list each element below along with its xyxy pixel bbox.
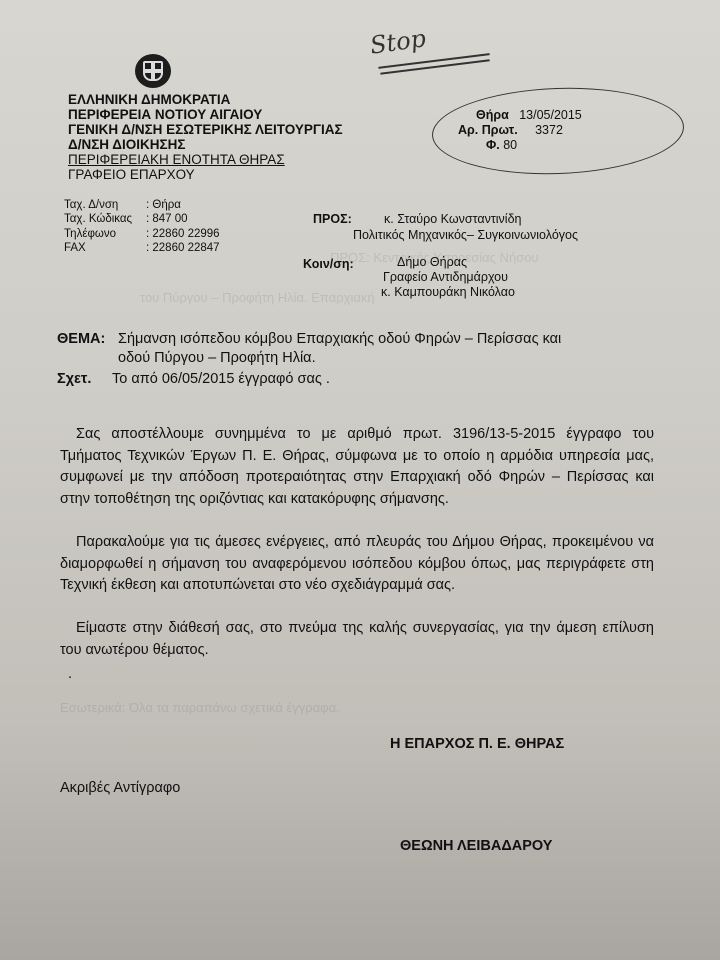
signatory-name: ΘΕΩΝΗ ΛΕΙΒΑΔΑΡΟΥ [400, 838, 552, 854]
handwritten-stop-note: Stop [368, 24, 427, 60]
contact-value: : Θήρα [146, 199, 181, 212]
cc-line: Δήμο Θήρας [397, 255, 467, 270]
cc-line: κ. Καμπουράκη Νικόλαο [381, 285, 515, 300]
cc-line: Γραφείο Αντιδημάρχου [383, 270, 508, 285]
handwritten-underline [380, 59, 489, 74]
contact-value: : 22860 22996 [146, 228, 220, 241]
recipient-title: Πολιτικός Μηχανικός– Συγκοινωνιολόγος [353, 228, 578, 243]
header-line-regional-unit: ΠΕΡΙΦΕΡΕΙΑΚΗ ΕΝΟΤΗΤΑ ΘΗΡΑΣ [68, 152, 285, 168]
greek-coat-of-arms-icon [135, 54, 171, 88]
header-line-directorate: ΓΕΝΙΚΗ Δ/ΝΣΗ ΕΣΩΤΕΡΙΚΗΣ ΛΕΙΤΟΥΡΓΙΑΣ [68, 122, 343, 138]
recipient-label: ΠΡΟΣ: [313, 212, 352, 227]
subject-line: οδού Πύργου – Προφήτη Ηλία. [118, 350, 316, 366]
contact-value: : 847 00 [146, 213, 188, 226]
body-paragraph-3: Είμαστε στην διάθεσή σας, στο πνεύμα της… [60, 618, 654, 661]
document-page: ΠΡΟΣ: Κεντρικής Υπηρεσίας Νήσου του Πύργ… [0, 0, 720, 960]
related-label: Σχετ. [57, 371, 91, 387]
body-paragraph-2: Παρακαλούμε για τις άμεσες ενέργειες, απ… [60, 532, 654, 597]
subject-line: Σήμανση ισόπεδου κόμβου Επαρχιακής οδού … [118, 331, 561, 347]
cc-label: Κοιν/ση: [303, 257, 354, 272]
reference-file: Φ. 80 [486, 138, 517, 153]
contact-label: Ταχ. Δ/νση [64, 199, 118, 212]
stray-dot: . [68, 664, 72, 686]
bleed-through-text: Εσωτερικά: Όλα τα παραπάνω σχετικά έγγρα… [60, 700, 340, 715]
header-line-administration: Δ/ΝΣΗ ΔΙΟΙΚΗΣΗΣ [68, 137, 185, 153]
contact-label: Ταχ. Κώδικας [64, 213, 132, 226]
header-line-office: ΓΡΑΦΕΙΟ ΕΠΑΡΧΟΥ [68, 167, 195, 183]
subject-label: ΘΕΜΑ: [57, 331, 105, 347]
recipient-name: κ. Σταύρο Κωνσταντινίδη [384, 212, 521, 227]
contact-label: FAX [64, 242, 86, 255]
body-paragraph-1: Σας αποστέλλουμε συνημμένα το με αριθμό … [60, 424, 654, 510]
header-line-region: ΠΕΡΙΦΕΡΕΙΑ ΝΟΤΙΟΥ ΑΙΓΑΙΟΥ [68, 107, 262, 123]
reference-place-date: Θήρα 13/05/2015 [476, 108, 582, 123]
contact-label: Τηλέφωνο [64, 228, 116, 241]
header-line-republic: ΕΛΛΗΝΙΚΗ ΔΗΜΟΚΡΑΤΙΑ [68, 92, 230, 108]
signatory-role: Η ΕΠΑΡΧΟΣ Π. Ε. ΘΗΡΑΣ [390, 736, 564, 752]
contact-value: : 22860 22847 [146, 242, 220, 255]
certified-copy-label: Ακριβές Αντίγραφο [60, 780, 180, 796]
bleed-through-text: του Πύργου – Προφήτη Ηλία. Επαρχιακή [140, 290, 375, 305]
related-text: Το από 06/05/2015 έγγραφό σας . [112, 371, 330, 387]
reference-protocol: Αρ. Πρωτ. 3372 [458, 123, 563, 138]
